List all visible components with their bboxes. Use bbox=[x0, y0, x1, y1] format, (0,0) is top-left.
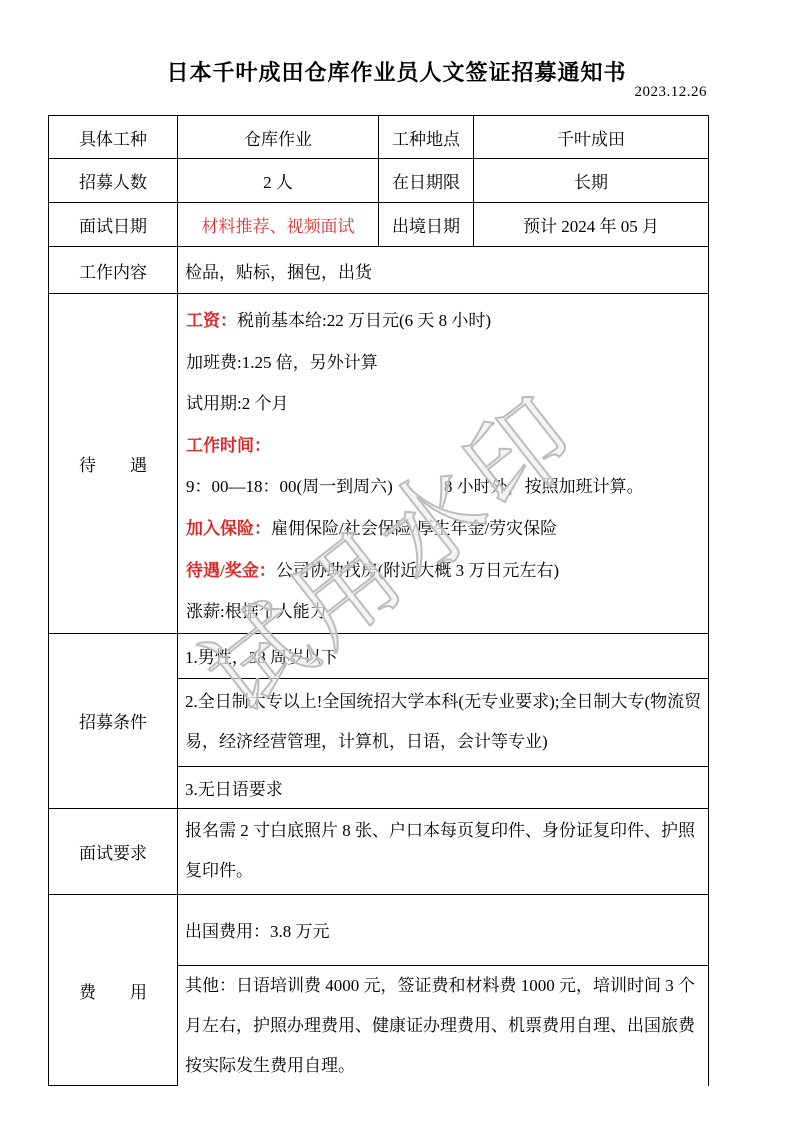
treatment-line-salary: 工资：税前基本给:22 万日元(6 天 8 小时) bbox=[186, 300, 702, 342]
table-row: 具体工种 仓库作业 工种地点 千叶成田 bbox=[49, 116, 709, 159]
fees-label: 费 用 bbox=[49, 894, 178, 1086]
document-title: 日本千叶成田仓库作业员人文签证招募通知书 bbox=[0, 56, 793, 87]
departure-date-label: 出境日期 bbox=[379, 203, 474, 247]
table-row: 面试日期 材料推荐、视频面试 出境日期 预计 2024 年 05 月 bbox=[49, 203, 709, 247]
stay-period-label: 在日期限 bbox=[379, 159, 474, 203]
requirements-label: 招募条件 bbox=[49, 633, 178, 808]
job-location-label: 工种地点 bbox=[379, 116, 474, 159]
treatment-line-probation: 试用期:2 个月 bbox=[186, 383, 702, 425]
treatment-line-worktime-heading: 工作时间： bbox=[186, 425, 702, 467]
treatment-line-worktime: 9：00—18：00(周一到周六) 8 小时外，按照加班计算。 bbox=[186, 466, 702, 508]
treatment-content: 工资：税前基本给:22 万日元(6 天 8 小时) 加班费:1.25 倍，另外计… bbox=[178, 294, 709, 634]
document-date: 2023.12.26 bbox=[635, 84, 708, 101]
table-row: 费 用 出国费用：3.8 万元 bbox=[49, 894, 709, 965]
treatment-label: 待 遇 bbox=[49, 294, 178, 634]
recruitment-table: 具体工种 仓库作业 工种地点 千叶成田 招募人数 2 人 在日期限 长期 面试日… bbox=[48, 115, 709, 1086]
requirement-item-1: 1.男性，38 周岁以下 bbox=[178, 633, 709, 678]
document-page: 日本千叶成田仓库作业员人文签证招募通知书 2023.12.26 具体工种 仓库作… bbox=[0, 0, 793, 1122]
stay-period-value: 长期 bbox=[474, 159, 709, 203]
requirement-item-2: 2.全日制大专以上!全国统招大学本科(无专业要求);全日制大专(物流贸易，经济经… bbox=[178, 678, 709, 766]
job-type-value: 仓库作业 bbox=[178, 116, 379, 159]
interview-req-value: 报名需 2 寸白底照片 8 张、户口本每页复印件、身份证复印件、护照复印件。 bbox=[178, 808, 709, 894]
treatment-line-insurance: 加入保险：雇佣保险/社会保险/厚生年金/劳灾保险 bbox=[186, 508, 702, 550]
recruit-count-value: 2 人 bbox=[178, 159, 379, 203]
work-content-value: 检品，贴标，捆包，出货 bbox=[178, 247, 709, 294]
table-row: 招募条件 1.男性，38 周岁以下 bbox=[49, 633, 709, 678]
treatment-line-overtime: 加班费:1.25 倍，另外计算 bbox=[186, 342, 702, 384]
work-content-label: 工作内容 bbox=[49, 247, 178, 294]
table-row: 面试要求 报名需 2 寸白底照片 8 张、户口本每页复印件、身份证复印件、护照复… bbox=[49, 808, 709, 894]
job-location-value: 千叶成田 bbox=[474, 116, 709, 159]
fees-item-other: 其他：日语培训费 4000 元，签证费和材料费 1000 元，培训时间 3 个月… bbox=[178, 965, 709, 1086]
table-row: 工作内容 检品，贴标，捆包，出货 bbox=[49, 247, 709, 294]
interview-date-value: 材料推荐、视频面试 bbox=[178, 203, 379, 247]
table-row: 招募人数 2 人 在日期限 长期 bbox=[49, 159, 709, 203]
table-row: 待 遇 工资：税前基本给:22 万日元(6 天 8 小时) 加班费:1.25 倍… bbox=[49, 294, 709, 634]
departure-date-value: 预计 2024 年 05 月 bbox=[474, 203, 709, 247]
interview-req-label: 面试要求 bbox=[49, 808, 178, 894]
fees-item-abroad: 出国费用：3.8 万元 bbox=[178, 894, 709, 965]
requirement-item-3: 3.无日语要求 bbox=[178, 766, 709, 808]
recruit-count-label: 招募人数 bbox=[49, 159, 178, 203]
treatment-line-raise: 涨薪:根据个人能力 bbox=[186, 591, 702, 633]
job-type-label: 具体工种 bbox=[49, 116, 178, 159]
interview-date-label: 面试日期 bbox=[49, 203, 178, 247]
treatment-line-bonus: 待遇/奖金：公司协助找房(附近大概 3 万日元左右) bbox=[186, 550, 702, 592]
